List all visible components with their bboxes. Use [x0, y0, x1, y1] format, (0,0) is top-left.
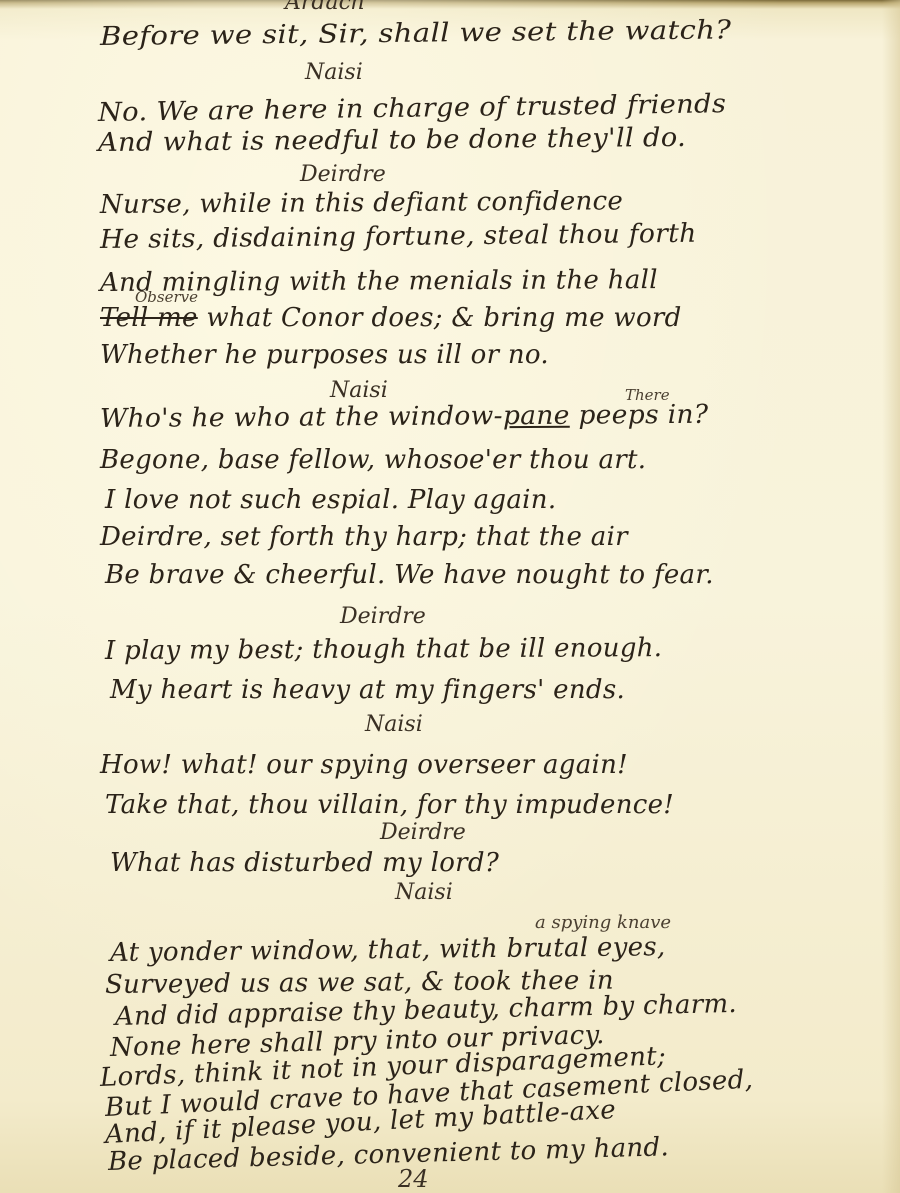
speaker-ardach: Ardach: [285, 0, 365, 15]
verse-line-with-deletion: Who's he who at the window-pane peeps in…: [100, 400, 709, 434]
speaker-naisi: Naisi: [365, 712, 423, 737]
speaker-naisi: Naisi: [305, 60, 363, 85]
verse-text: peeps in?: [578, 400, 708, 431]
verse-line: How! what! our spying overseer again!: [100, 750, 628, 780]
verse-line: Deirdre, set forth thy harp; that the ai…: [100, 522, 628, 552]
verse-line: I play my best; though that be ill enoug…: [105, 633, 662, 666]
verse-line: My heart is heavy at my fingers' ends.: [110, 675, 625, 705]
verse-line: Begone, base fellow, whosoe'er thou art.: [100, 445, 646, 475]
speaker-naisi: Naisi: [395, 880, 453, 905]
verse-line: He sits, disdaining fortune, steal thou …: [100, 219, 697, 255]
struck-text: pane: [503, 401, 570, 431]
verse-line: Before we sit, Sir, shall we set the wat…: [100, 15, 732, 52]
struck-text: Tell me: [100, 303, 198, 333]
speaker-deirdre: Deirdre: [380, 820, 466, 845]
verse-text: what Conor does; & bring me word: [206, 303, 681, 333]
speaker-deirdre: Deirdre: [300, 162, 386, 187]
manuscript-page: Ardach Before we sit, Sir, shall we set …: [0, 0, 900, 1193]
speaker-naisi: Naisi: [330, 378, 388, 403]
verse-line: At yonder window, that, with brutal eyes…: [110, 932, 666, 968]
verse-line: Take that, thou villain, for thy impuden…: [105, 790, 674, 820]
verse-line: I love not such espial. Play again.: [105, 485, 556, 515]
verse-line: Whether he purposes us ill or no.: [100, 340, 549, 370]
insertion-text: a spying knave: [535, 912, 671, 933]
verse-line: What has disturbed my lord?: [110, 848, 499, 878]
verse-line-with-deletion: Tell me what Conor does; & bring me word: [100, 303, 682, 333]
page-number: 24: [398, 1165, 429, 1193]
verse-line: Be brave & cheerful. We have nought to f…: [105, 560, 714, 590]
verse-line: And what is needful to be done they'll d…: [98, 123, 686, 158]
verse-line: No. We are here in charge of trusted fri…: [98, 89, 727, 128]
verse-text: Who's he who at the window-: [100, 401, 503, 434]
verse-line: Nurse, while in this defiant confidence: [100, 186, 623, 220]
speaker-deirdre: Deirdre: [340, 604, 426, 629]
